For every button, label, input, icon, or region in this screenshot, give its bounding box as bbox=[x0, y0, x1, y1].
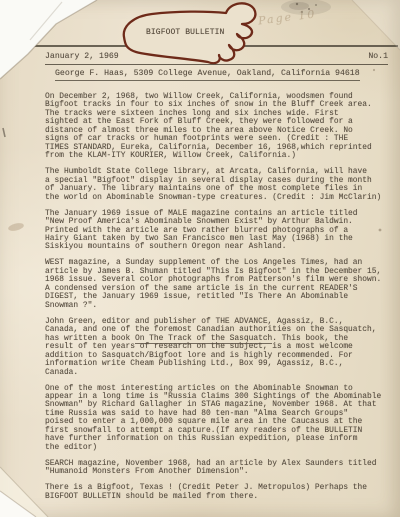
paragraph: The Humboldt State College library, at A… bbox=[45, 168, 392, 202]
editor-address: George F. Haas, 5309 College Avenue, Oak… bbox=[55, 69, 360, 81]
paragraph: The January 1969 issue of MALE magazine … bbox=[45, 210, 392, 252]
issue-number: No.1 bbox=[368, 52, 388, 61]
bulletin-page: BIGFOOT BULLETIN Page 10 January 2, 1969… bbox=[0, 0, 400, 517]
issue-date: January 2, 1969 bbox=[45, 52, 119, 61]
body-paragraphs: On December 2, 1968, two Willow Creek, C… bbox=[45, 90, 392, 509]
underlined-book-title: On The Track of the Sasquatch bbox=[135, 334, 272, 344]
masthead-date-row: January 2, 1969 No.1 bbox=[45, 52, 388, 65]
paragraph: WEST magazine, a Sunday supplement of th… bbox=[45, 259, 392, 310]
paragraph: SEARCH magazine, November 1968, had an a… bbox=[45, 460, 392, 477]
paragraph: One of the most interesting articles on … bbox=[45, 385, 392, 453]
paragraph: On December 2, 1968, two Willow Creek, C… bbox=[45, 93, 392, 161]
page-title: BIGFOOT BULLETIN bbox=[146, 28, 224, 37]
paragraph: John Green, editor and publisher of THE … bbox=[45, 318, 392, 377]
paragraph: There is a Bigfoot, Texas ! (Credit Pete… bbox=[45, 484, 392, 501]
